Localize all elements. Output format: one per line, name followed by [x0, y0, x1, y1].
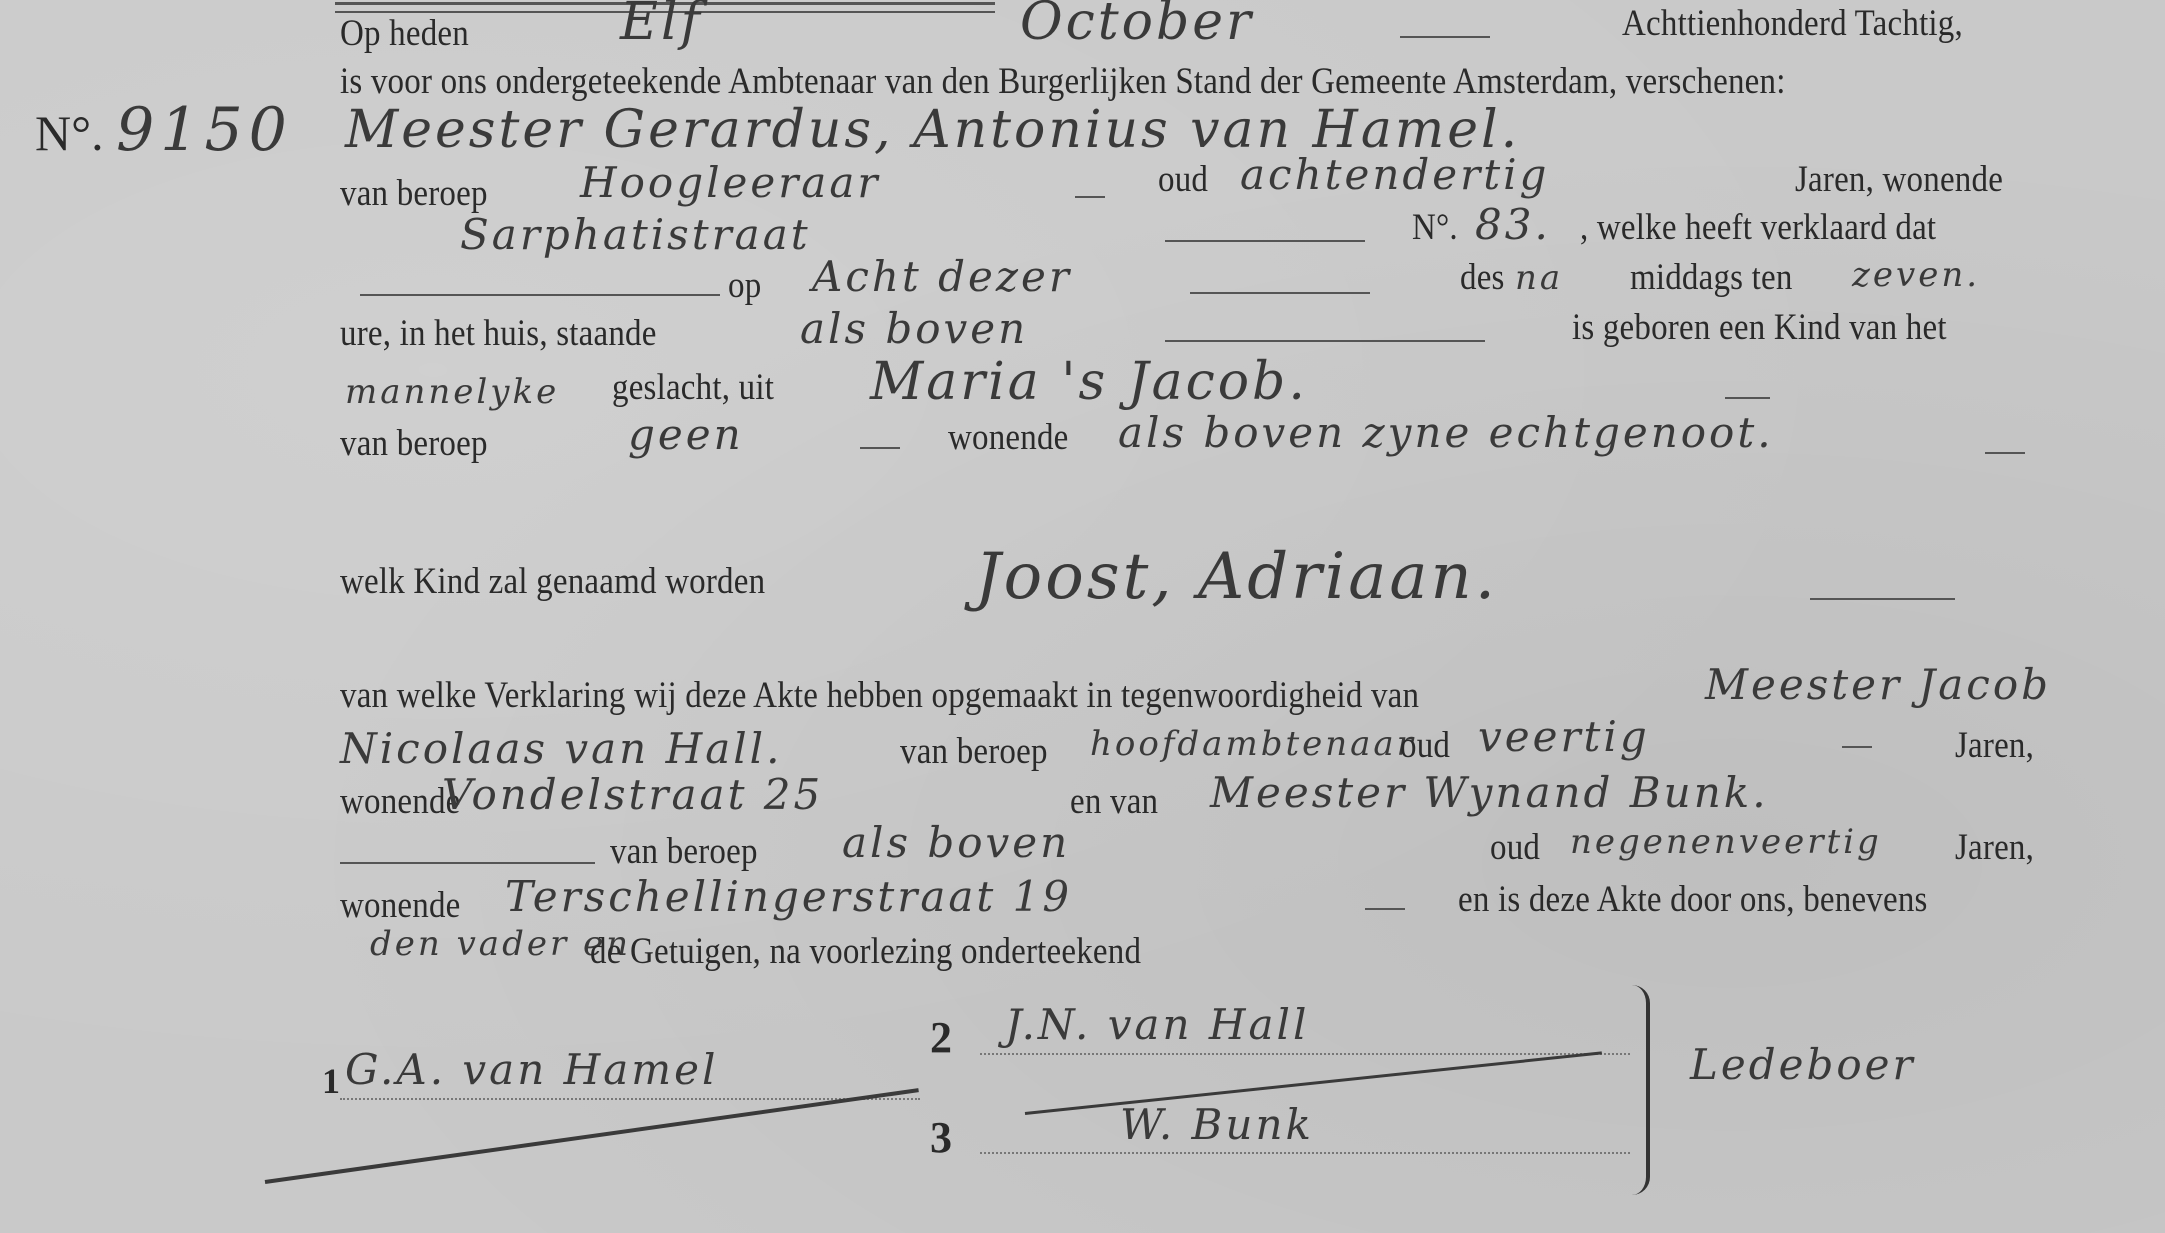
handwritten-sex: mannelyke	[345, 372, 559, 412]
printed-wonende-2: wonende	[948, 418, 1069, 459]
handwritten-day: Elf	[620, 0, 703, 52]
printed-oud-4: oud	[1490, 828, 1540, 869]
printed-getuigen: de Getuigen, na voorlezing onderteekend	[590, 932, 1141, 973]
dash	[1842, 746, 1872, 748]
handwritten-witness1-name-2: Nicolaas van Hall.	[340, 724, 782, 773]
handwritten-des-na: na	[1515, 258, 1563, 298]
printed-intro: is voor ons ondergeteekende Ambtenaar va…	[340, 62, 1786, 103]
handwritten-mother-occupation: geen	[628, 410, 744, 459]
printed-op: op	[728, 266, 761, 307]
handwritten-witness2-residence: Terschellingerstraat 19	[505, 872, 1072, 921]
printed-jaren-4: Jaren,	[1955, 828, 2034, 869]
printed-middags-ten: middags ten	[1630, 258, 1793, 299]
printed-nr: N°.	[1412, 208, 1458, 249]
printed-ure-huis: ure, in het huis, staande	[340, 314, 657, 355]
handwritten-witness1-age: veertig	[1478, 712, 1650, 761]
handwritten-birth-location: als boven	[800, 304, 1028, 353]
printed-en-van: en van	[1070, 782, 1158, 823]
printed-jaren-wonende-1: Jaren, wonende	[1795, 160, 2003, 201]
signature-brace	[1632, 985, 1650, 1195]
printed-van-beroep-1: van beroep	[340, 174, 488, 215]
record-number-value: 9150	[116, 95, 293, 165]
handwritten-birth-day: Acht dezer	[812, 252, 1072, 301]
signature-index-2: 2	[930, 1012, 952, 1063]
handwritten-witness2-age: negenenveertig	[1570, 822, 1882, 862]
printed-van-beroep-3: van beroep	[900, 732, 1048, 773]
dash	[1190, 292, 1370, 294]
handwritten-witness2-name: Meester Wynand Bunk.	[1210, 768, 1769, 817]
dash	[1075, 196, 1105, 198]
record-number: N°. 9150	[35, 95, 293, 165]
signature-3: W. Bunk	[1120, 1100, 1314, 1149]
printed-year: Achttienhonderd Tachtig,	[1622, 4, 1963, 45]
dash	[1365, 908, 1405, 910]
printed-geslacht-uit: geslacht, uit	[612, 368, 774, 409]
signature-line-3	[980, 1152, 1630, 1154]
signature-index-3: 3	[930, 1112, 952, 1163]
printed-welke-heeft: , welke heeft verklaard dat	[1580, 208, 1936, 249]
dash	[1165, 340, 1485, 342]
handwritten-witness2-occupation: als boven	[842, 818, 1070, 867]
birth-certificate-page: N°. 9150 Op heden Elf October Achttienho…	[0, 0, 2165, 1233]
signature-underline-1	[265, 1088, 919, 1184]
printed-van-beroep-4: van beroep	[610, 832, 758, 873]
dash	[340, 862, 595, 864]
printed-oud-1: oud	[1158, 160, 1208, 201]
printed-des: des	[1460, 258, 1505, 299]
handwritten-birth-hour: zeven.	[1852, 255, 1980, 295]
handwritten-witness1-name-1: Meester Jacob	[1705, 660, 2051, 709]
dash	[1985, 452, 2025, 454]
handwritten-witness1-residence: Vondelstraat 25	[442, 770, 823, 819]
printed-welk-kind: welk Kind zal genaamd worden	[340, 562, 765, 603]
dash	[360, 294, 720, 296]
signature-index-1: 1	[322, 1060, 340, 1102]
dash	[1725, 397, 1770, 399]
handwritten-declarant-age: achtendertig	[1240, 150, 1549, 199]
signature-registrar: Ledeboer	[1690, 1040, 1916, 1089]
dash	[1165, 240, 1365, 242]
handwritten-witness1-occupation: hoofdambtenaar	[1090, 724, 1416, 764]
handwritten-child-name: Joost, Adriaan.	[975, 540, 1498, 614]
printed-is-geboren: is geboren een Kind van het	[1572, 308, 1947, 349]
dash	[1810, 598, 1955, 600]
printed-wonende-4: wonende	[340, 886, 461, 927]
record-number-prefix: N°.	[35, 105, 104, 161]
bleed-through-text	[20, 205, 28, 239]
signature-2: J.N. van Hall	[1005, 1000, 1309, 1049]
handwritten-declarant-street: Sarphatistraat	[460, 210, 811, 259]
printed-jaren-3: Jaren,	[1955, 726, 2034, 767]
printed-op-heden: Op heden	[340, 14, 469, 55]
handwritten-mother-name: Maria 's Jacob.	[870, 352, 1308, 412]
printed-oud-3: oud	[1400, 726, 1450, 767]
dash	[1400, 36, 1490, 38]
dash	[860, 447, 900, 449]
handwritten-month: October	[1020, 0, 1254, 52]
signature-1: G.A. van Hamel	[345, 1045, 718, 1094]
printed-van-beroep-2: van beroep	[340, 424, 488, 465]
handwritten-mother-residence: als boven zyne echtgenoot.	[1118, 408, 1774, 457]
printed-verklaring: van welke Verklaring wij deze Akte hebbe…	[340, 676, 1419, 717]
printed-en-is-deze: en is deze Akte door ons, benevens	[1458, 880, 1928, 921]
handwritten-house-number: 83.	[1475, 200, 1551, 249]
signature-line-2	[980, 1053, 1630, 1055]
handwritten-declarant-occupation: Hoogleeraar	[580, 158, 880, 207]
